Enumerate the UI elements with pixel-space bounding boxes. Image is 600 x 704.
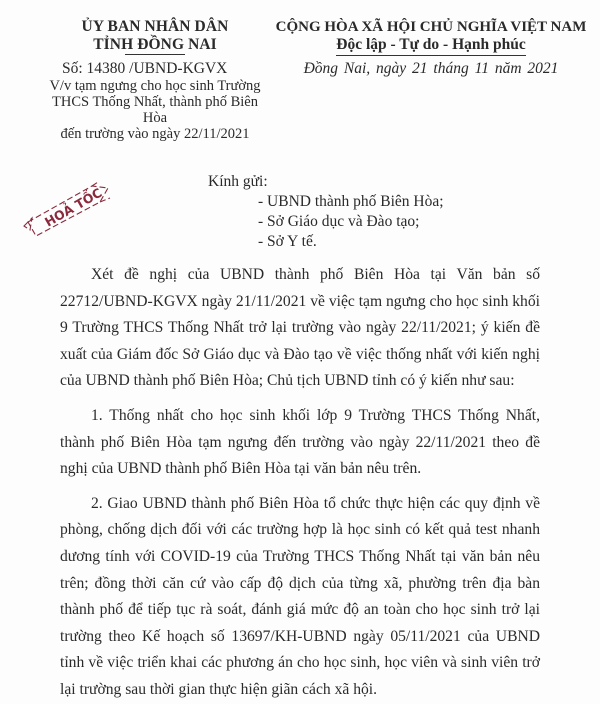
document-subject: V/v tạm ngưng cho học sinh Trường THCS T…	[40, 78, 270, 142]
document-dateline: Đồng Nai, ngày 21 tháng 11 năm 2021	[272, 60, 590, 78]
national-motto: Độc lập - Tự do - Hạnh phúc	[336, 36, 525, 53]
issuer-org-name: ỦY BAN NHÂN DÂN	[40, 18, 270, 36]
motto-underline	[336, 55, 525, 56]
national-title: CỘNG HÒA XÃ HỘI CHỦ NGHĨA VIỆT NAM	[272, 18, 590, 36]
recipient-item: - Sở Y tế.	[258, 232, 444, 252]
issuer-province-wrap: TỈNH ĐỒNG NAI	[93, 36, 217, 54]
motto-wrap: Độc lập - Tự do - Hạnh phúc	[336, 36, 525, 54]
recipients-label: Kính gửi:	[208, 172, 444, 192]
issuer-header: ỦY BAN NHÂN DÂN TỈNH ĐỒNG NAI Số: 14380 …	[40, 18, 270, 142]
document-body: Xét đề nghị của UBND thành phố Biên Hòa …	[60, 262, 540, 704]
document-number: Số: 14380 /UBND-KGVX	[40, 60, 270, 78]
recipient-item: - UBND thành phố Biên Hòa;	[258, 192, 444, 212]
body-paragraph-item-1: 1. Thống nhất cho học sinh khối lớp 9 Tr…	[60, 403, 540, 483]
body-paragraph-intro: Xét đề nghị của UBND thành phố Biên Hòa …	[60, 262, 540, 395]
national-header: CỘNG HÒA XÃ HỘI CHỦ NGHĨA VIỆT NAM Độc l…	[272, 18, 590, 78]
document-page: ỦY BAN NHÂN DÂN TỈNH ĐỒNG NAI Số: 14380 …	[0, 0, 600, 704]
issuer-province: TỈNH ĐỒNG NAI	[93, 36, 217, 54]
recipients-block: Kính gửi: - UBND thành phố Biên Hòa; - S…	[208, 172, 444, 252]
urgent-stamp-icon: HOẢ TỐC	[18, 180, 118, 240]
recipients-list: - UBND thành phố Biên Hòa; - Sở Giáo dục…	[208, 192, 444, 252]
recipient-item: - Sở Giáo dục và Đào tạo;	[258, 212, 444, 232]
subject-line: V/v tạm ngưng cho học sinh Trường	[40, 78, 270, 94]
subject-line: THCS Thống Nhất, thành phố Biên Hòa	[40, 94, 270, 126]
svg-text:HOẢ TỐC: HOẢ TỐC	[41, 183, 104, 229]
issuer-underline	[125, 54, 185, 55]
body-paragraph-item-2: 2. Giao UBND thành phố Biên Hòa tổ chức …	[60, 491, 540, 704]
subject-line: đến trường vào ngày 22/11/2021	[40, 126, 270, 142]
